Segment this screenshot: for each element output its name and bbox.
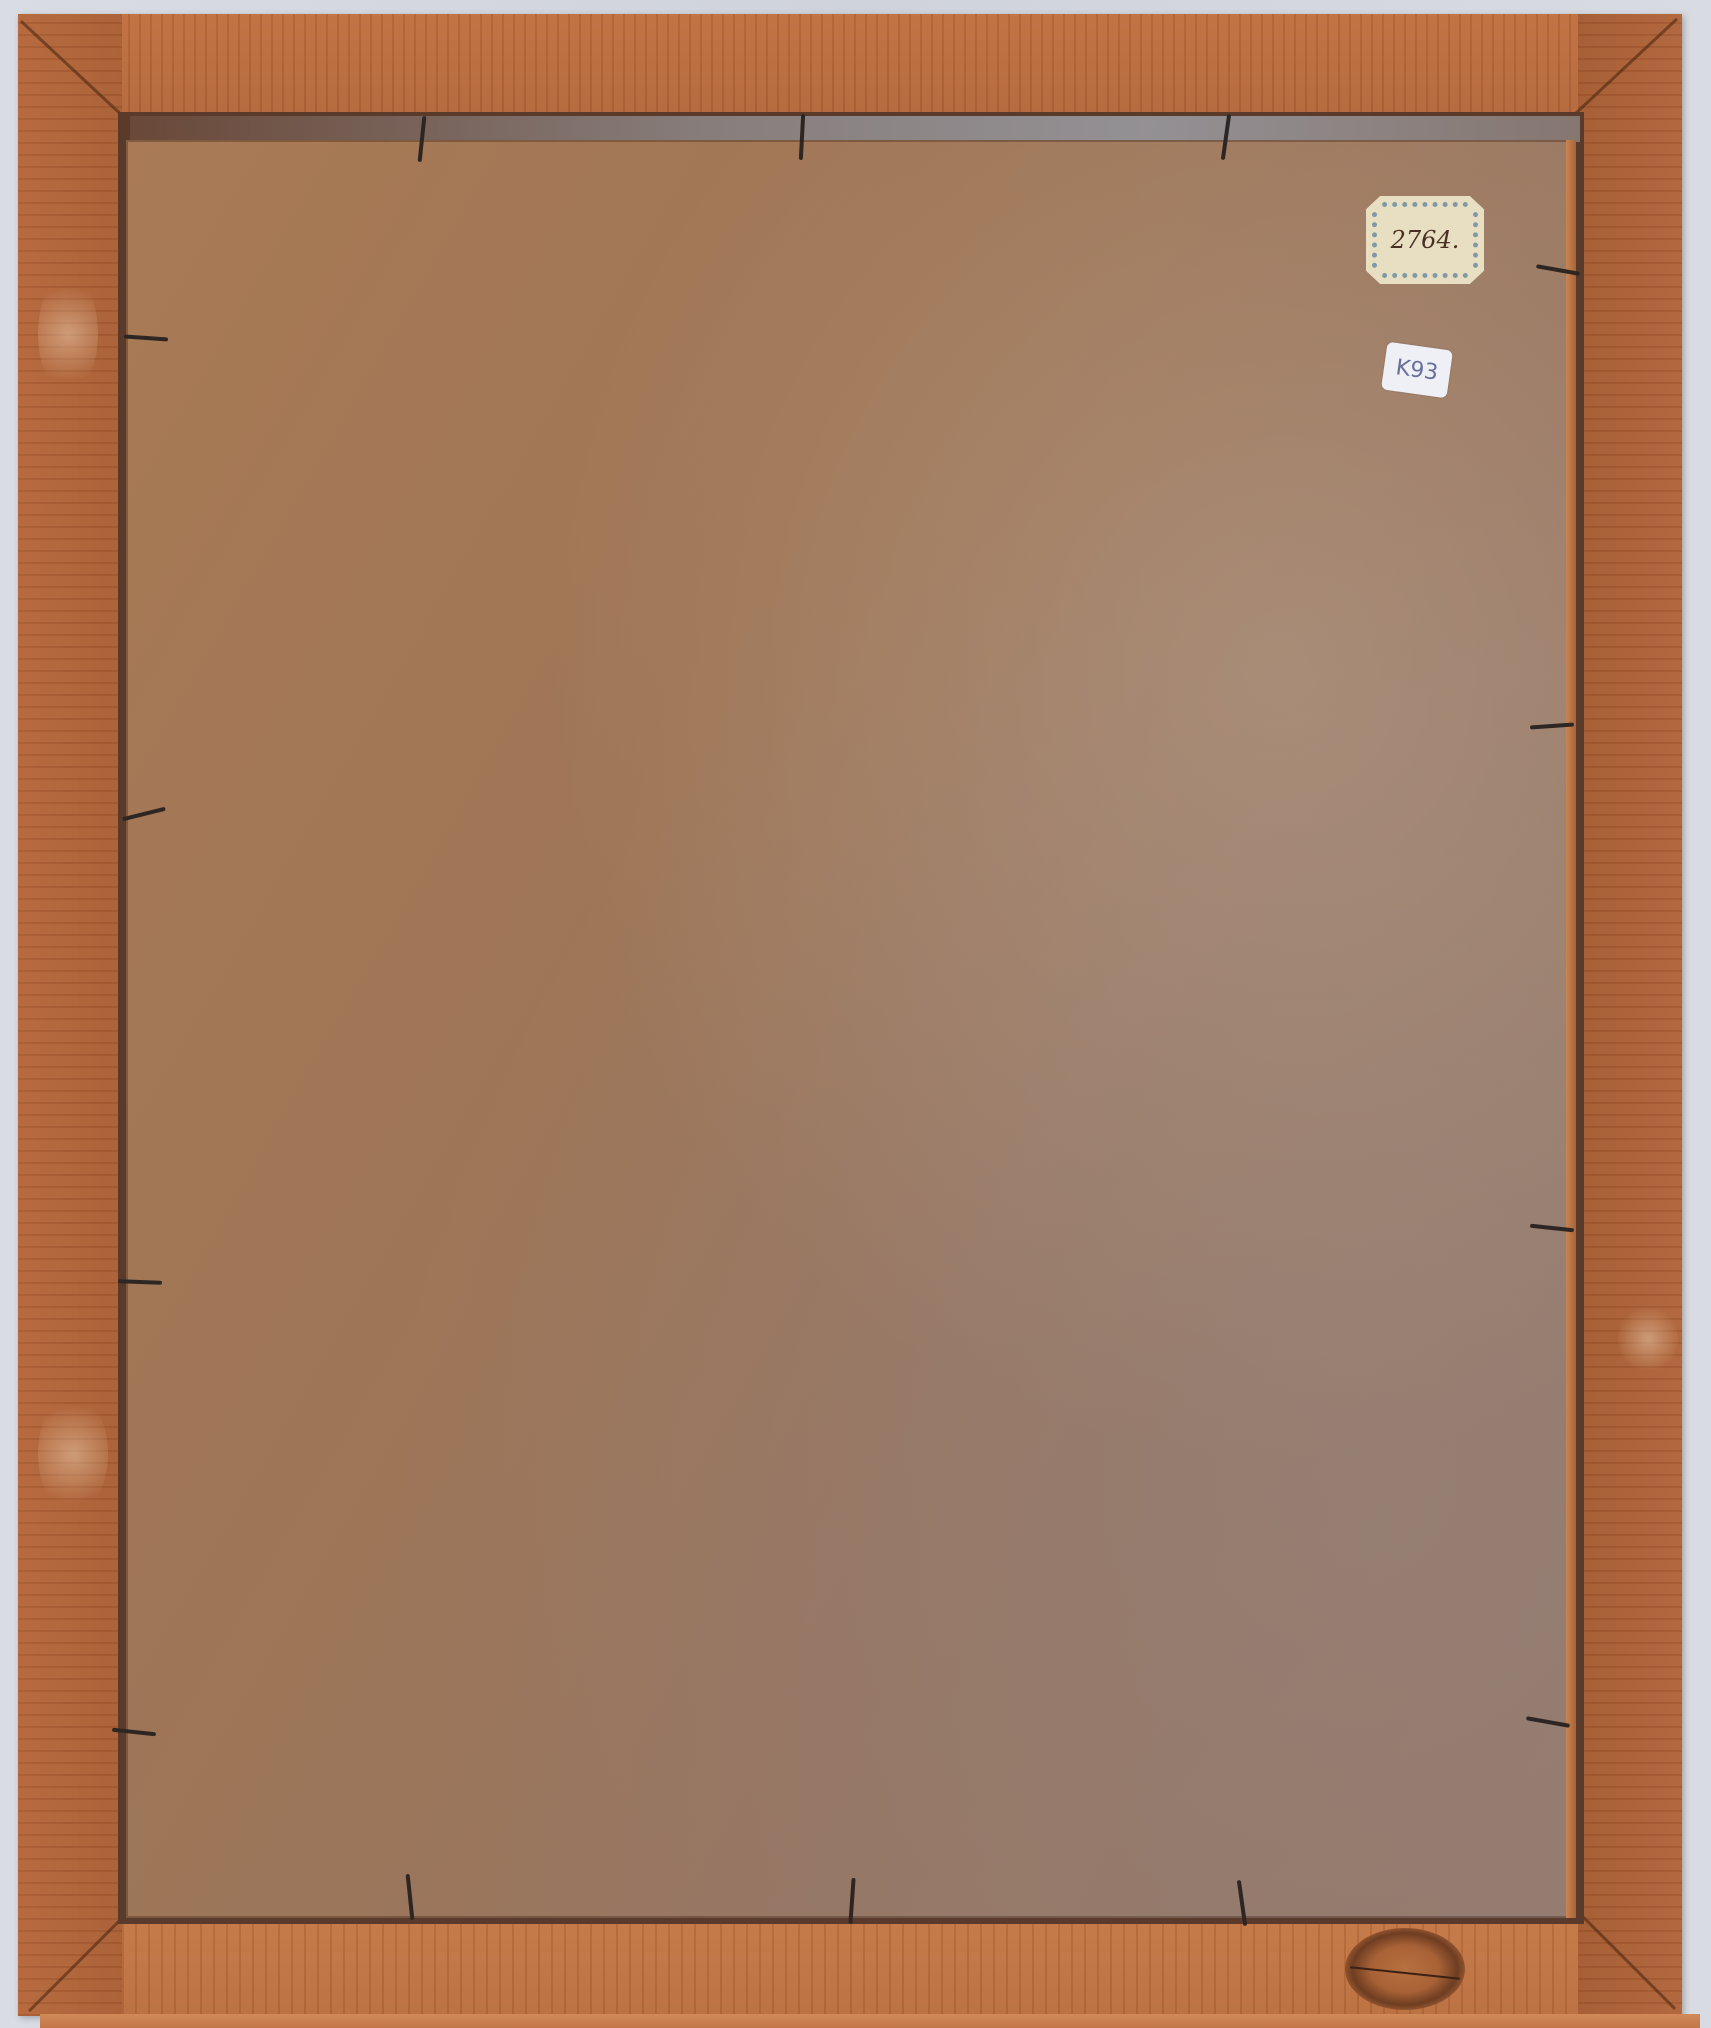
sticker-code: K93 [1394, 355, 1439, 386]
inventory-label: 2764. [1366, 196, 1484, 284]
wood-wear-mark [1618, 1304, 1678, 1374]
frame-rail-top [18, 14, 1682, 114]
frame-bottom-ledge [40, 2014, 1700, 2028]
wood-wear-mark [38, 1394, 108, 1514]
sticker-label: K93 [1381, 342, 1453, 399]
inventory-number: 2764. [1391, 226, 1460, 254]
photo-scene: 2764. K93 [0, 0, 1711, 2028]
board-edge-strip [1566, 140, 1576, 1918]
backing-board [126, 140, 1572, 1918]
recess-gap [130, 116, 1580, 142]
frame-rail-right [1578, 14, 1682, 2016]
wood-wear-mark [38, 274, 98, 394]
